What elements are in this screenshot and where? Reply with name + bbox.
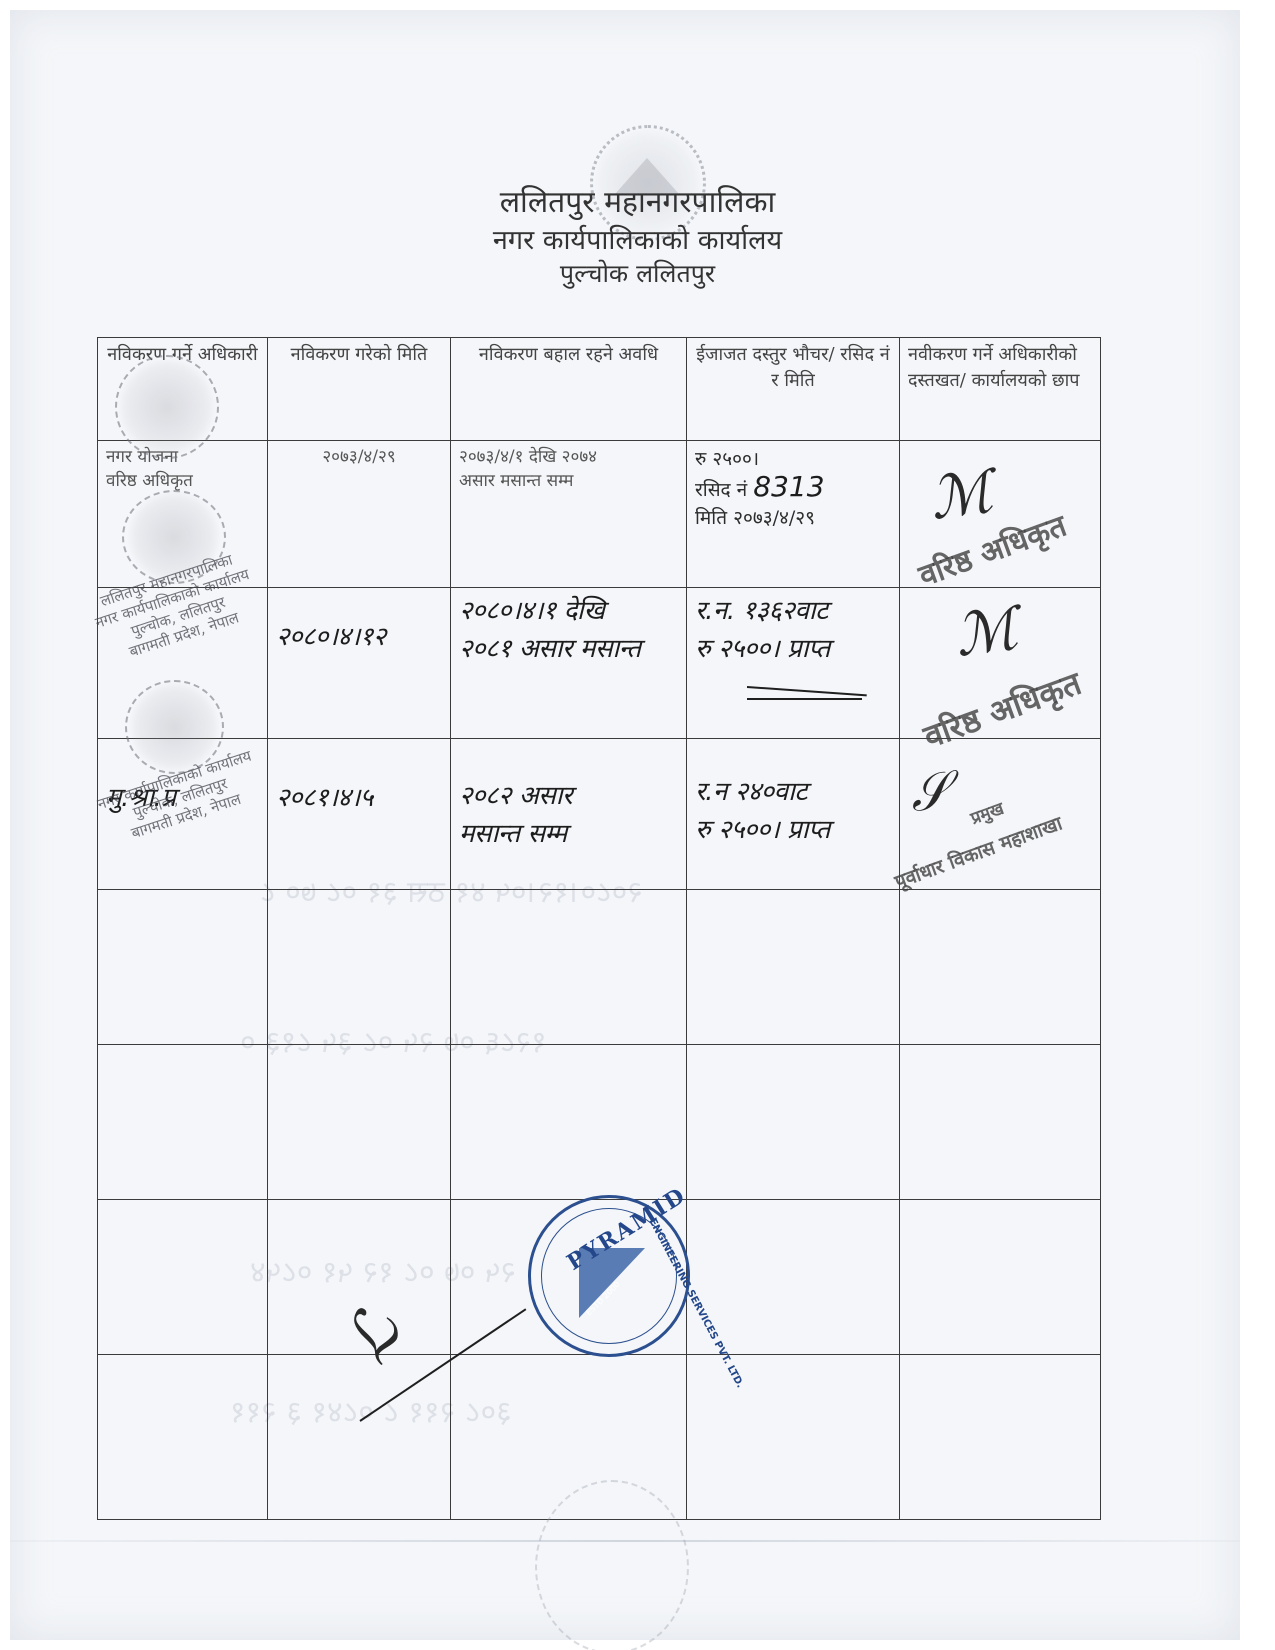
empty-cell (687, 890, 900, 1045)
renewal-date: २०७३/४/२९ (276, 445, 442, 469)
validity-cell: २०८०।४।१ देखि २०८१ असार मसान्त (451, 588, 687, 739)
empty-cell (451, 890, 687, 1045)
empty-cell (900, 1355, 1101, 1520)
office-stamp-faded (115, 355, 219, 459)
receipt-date: मिति २०७३/४/२९ (695, 504, 891, 532)
renewal-date: २०८१।४।५ (276, 779, 442, 817)
chief-signature: 𝒮 (906, 761, 953, 825)
validity-cell: २०७३/४/१ देखि २०७४ असार मसान्त सम्म (451, 441, 687, 588)
table-header-row: नविकरण गर्ने अधिकारी नविकरण गरेको मिति न… (98, 338, 1101, 441)
initial-stroke (747, 698, 862, 700)
header-municipality: ललितपुर महानगरपालिका (0, 180, 1275, 221)
validity-line: मसान्त सम्म (459, 815, 678, 853)
fee-cell: र.न २४०वाट रु २५००। प्राप्त (687, 739, 900, 890)
authority-line: वरिष्ठ अधिकृत (106, 469, 259, 493)
column-header: ईजाजत दस्तुर भौचर/ रसिद नं र मिति (687, 338, 900, 441)
chief-title-stamp: प्रमुख (967, 796, 1007, 829)
empty-cell (98, 890, 268, 1045)
empty-cell (900, 1045, 1101, 1200)
empty-cell (268, 890, 451, 1045)
fee-line: रु २५००। प्राप्त (695, 811, 891, 849)
column-header: नविकरण गरेको मिति (268, 338, 451, 441)
officer-signature: ℳ (926, 457, 997, 533)
fee-line: र.न २४०वाट (695, 773, 891, 811)
company-stamp: PYRAMID ESTD 2000 ENGINEERING SERVICES P… (528, 1195, 690, 1357)
empty-cell (687, 1355, 900, 1520)
empty-cell (98, 1355, 268, 1520)
initial-stroke (747, 686, 867, 696)
empty-cell (98, 1045, 268, 1200)
fee-line: र.न. १३६२वाट (695, 592, 891, 630)
renewal-date-cell: २०८०।४।१२ (268, 588, 451, 739)
empty-cell (687, 1045, 900, 1200)
validity-line: २०८२ असार (459, 777, 678, 815)
table-row: नगर योजना वरिष्ठ अधिकृत २०७३/४/२९ २०७३/४… (98, 441, 1101, 588)
validity-line: असार मसान्त सम्म (459, 469, 678, 493)
validity-line: २०८१ असार मसान्त (459, 630, 678, 668)
empty-cell (900, 1200, 1101, 1355)
validity-line: २०८०।४।१ देखि (459, 592, 678, 630)
faded-company-stamp (535, 1480, 689, 1650)
validity-line: २०७३/४/१ देखि २०७४ (459, 445, 678, 469)
renewal-date: २०८०।४।१२ (276, 618, 442, 656)
fee-line: रु २५००। प्राप्त (695, 630, 891, 668)
table-row (98, 1045, 1101, 1200)
fee-cell: र.न. १३६२वाट रु २५००। प्राप्त (687, 588, 900, 739)
fee-cell: रु २५००। रसिद नं 8313 मिति २०७३/४/२९ (687, 441, 900, 588)
receipt-line: रसिद नं 8313 (695, 473, 891, 504)
renewal-date-cell: २०८१।४।५ (268, 739, 451, 890)
empty-cell (268, 1045, 451, 1200)
empty-cell (98, 1200, 268, 1355)
validity-cell: २०८२ असार मसान्त सम्म (451, 739, 687, 890)
empty-cell (687, 1200, 900, 1355)
signature-cell: 𝒮 प्रमुख पूर्वाधार विकास महाशाखा (900, 739, 1101, 890)
signature-cell: ℳ वरिष्ठ अधिकृत (900, 588, 1101, 739)
column-header: नवीकरण गर्ने अधिकारीको दस्तखत/ कार्यालयक… (900, 338, 1101, 441)
header-location: पुल्चोक ललितपुर (0, 256, 1275, 290)
column-header: नविकरण बहाल रहने अवधि (451, 338, 687, 441)
table-row (98, 890, 1101, 1045)
empty-cell (900, 890, 1101, 1045)
officer-signature: ℳ (951, 594, 1022, 670)
header-office: नगर कार्यपालिकाको कार्यालय (0, 220, 1275, 257)
fee-amount: रु २५००। (695, 445, 891, 473)
renewal-date-cell: २०७३/४/२९ (268, 441, 451, 588)
receipt-label: रसिद नं (695, 479, 747, 501)
empty-cell (451, 1045, 687, 1200)
signature-cell: ℳ वरिष्ठ अधिकृत (900, 441, 1101, 588)
receipt-number: 8313 (753, 470, 824, 503)
